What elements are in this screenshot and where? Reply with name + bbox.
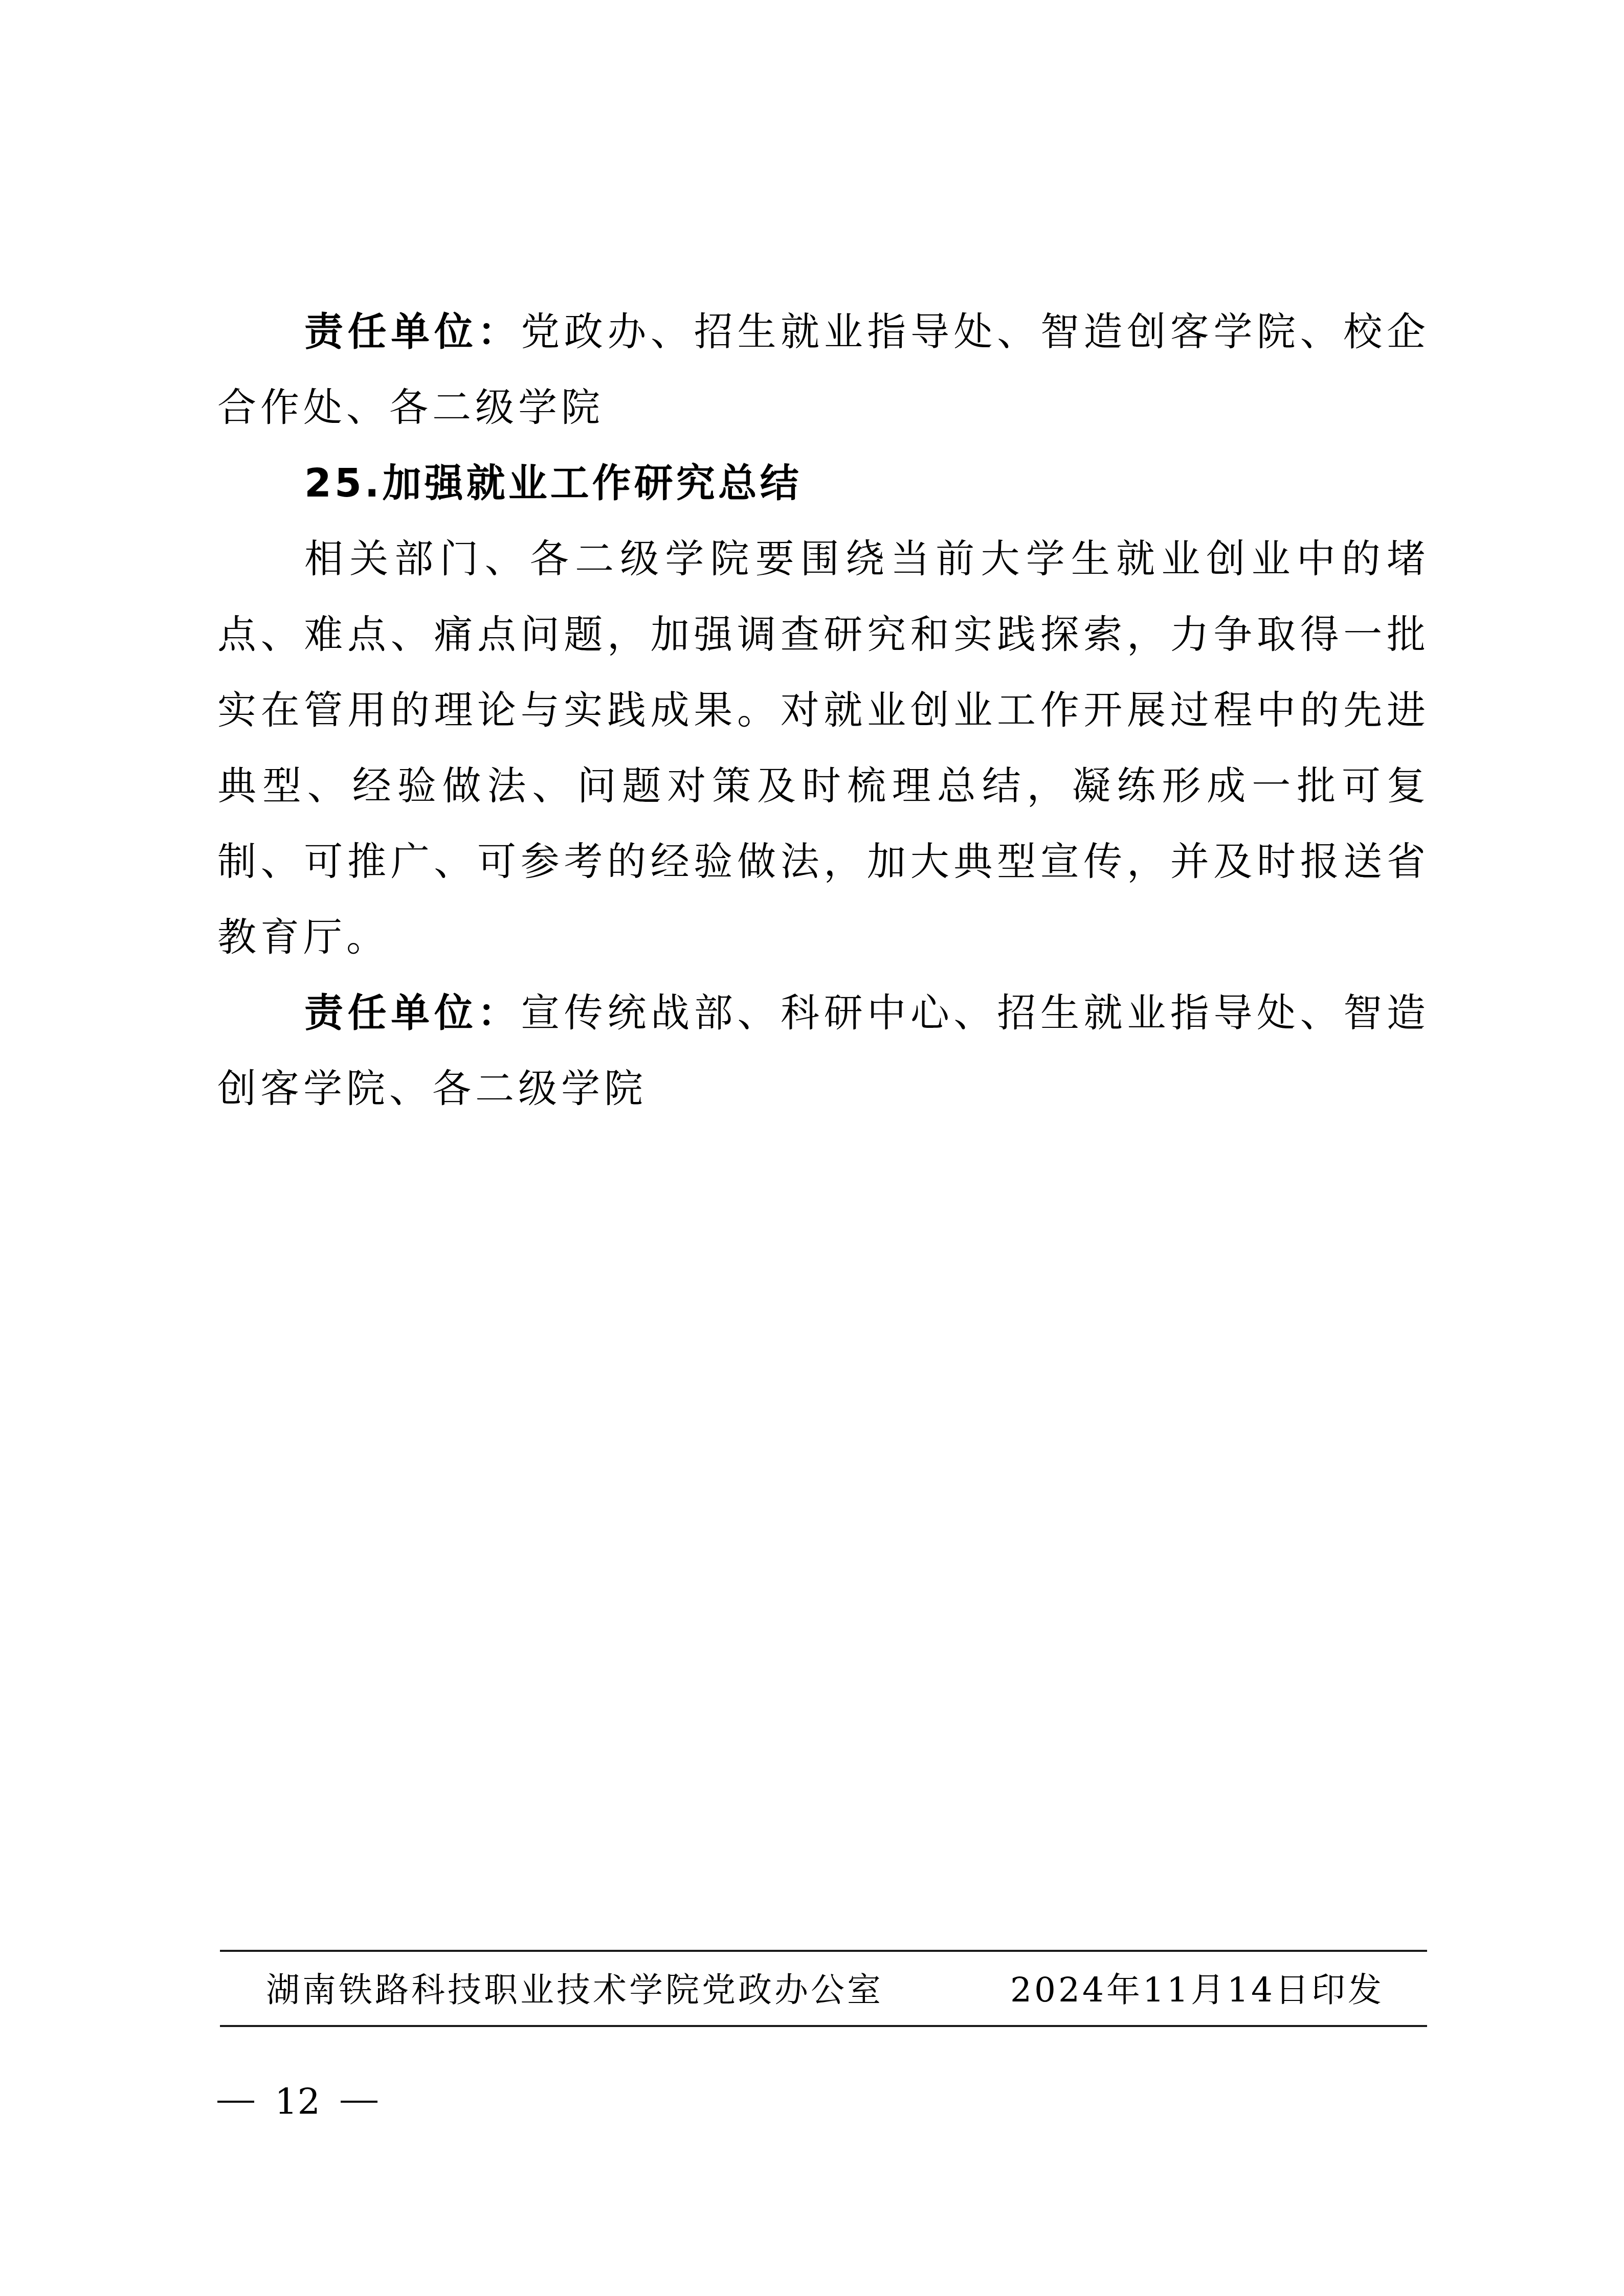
footer-top-rule xyxy=(220,1950,1427,1952)
page-number-value: 12 xyxy=(275,2076,320,2127)
document-page: 责任单位：党政办、招生就业指导处、智造创客学院、校企合作处、各二级学院 25.加… xyxy=(0,0,1624,2296)
dash-left xyxy=(217,2101,254,2103)
footer-print-date: 2024年11月14日印发 xyxy=(1010,1965,1384,2016)
responsibility-paragraph-1: 责任单位：党政办、招生就业指导处、智造创客学院、校企合作处、各二级学院 xyxy=(217,294,1430,445)
section-heading: 25.加强就业工作研究总结 xyxy=(217,445,1430,521)
dash-right xyxy=(341,2101,377,2103)
footer-bottom-rule xyxy=(220,2025,1427,2027)
responsibility-label: 责任单位： xyxy=(304,309,521,354)
responsibility-paragraph-2: 责任单位：宣传统战部、科研中心、招生就业指导处、智造创客学院、各二级学院 xyxy=(217,975,1430,1127)
footer-issuer: 湖南铁路科技职业技术学院党政办公室 xyxy=(266,1965,883,2016)
document-body: 责任单位：党政办、招生就业指导处、智造创客学院、校企合作处、各二级学院 25.加… xyxy=(217,294,1430,1127)
page-number: 12 xyxy=(217,2076,377,2127)
body-paragraph: 相关部门、各二级学院要围绕当前大学生就业创业中的堵点、难点、痛点问题，加强调查研… xyxy=(217,521,1430,975)
responsibility-label: 责任单位： xyxy=(304,990,521,1036)
